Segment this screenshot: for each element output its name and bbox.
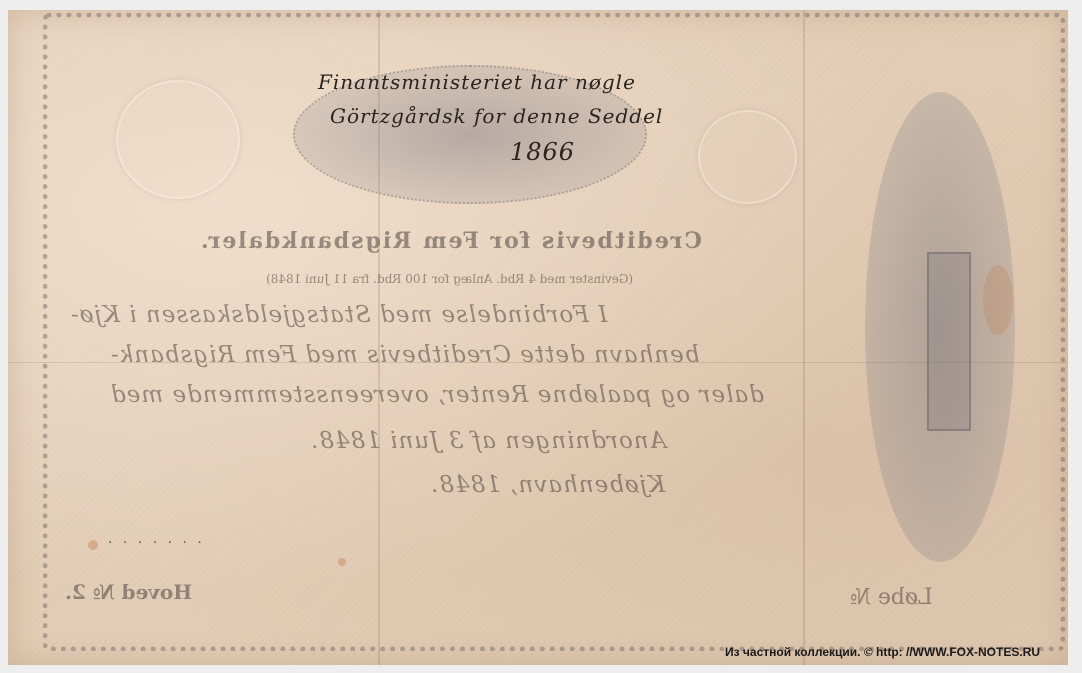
serial-text: Løbe № [850,585,933,610]
embossed-seal-right [698,110,797,204]
stain [88,540,98,550]
body-line-3: daler og paaløbne Renter, overeensstemme… [110,382,764,408]
stamp-inner-panel [927,252,971,431]
handwritten-year: 1866 [510,138,575,166]
body-text: benhavn dette Creditbevis med Fem Rigsba… [110,342,700,368]
subline-text: (Gevinster med 4 Rbd. Anlæg for 100 Rbd.… [266,272,633,286]
serial-lobe: Løbe № [850,585,933,610]
handwritten-note-line-2: Görtzgårdsk for denne Seddel [330,104,663,128]
handwritten-note-line-1: Finantsministeriet har nøgle [318,70,636,94]
collection-watermark: Из частной коллекции. © http: //WWW.FOX-… [725,645,1040,659]
body-line-4: Anordningen af 3 Juni 1848. [310,428,666,454]
handwritten-dots: · · · · · · · [108,535,205,551]
printed-heading: Creditbevis for Fem Rigsbankdaler. [175,228,725,254]
body-text: daler og paaløbne Renter, overeensstemme… [110,382,764,408]
serial-text: Hoved № 2. [65,580,192,604]
stain [983,265,1013,335]
heading-text: Creditbevis for Fem Rigsbankdaler. [199,228,702,254]
body-text: Kjøbenhavn, 1848. [430,472,665,498]
embossed-seal-left [116,80,240,199]
stain [338,558,346,566]
serial-hoved: Hoved № 2. [65,580,192,604]
body-line-5: Kjøbenhavn, 1848. [430,472,665,498]
printed-subline: (Gevinster med 4 Rbd. Anlæg for 100 Rbd.… [215,272,685,286]
body-line-1: I Forbindelse med Statsgjeldskassen i Kj… [70,302,607,328]
body-line-2: benhavn dette Creditbevis med Fem Rigsba… [110,342,700,368]
body-text: Anordningen af 3 Juni 1848. [310,428,666,454]
body-text: I Forbindelse med Statsgjeldskassen i Kj… [70,302,607,328]
